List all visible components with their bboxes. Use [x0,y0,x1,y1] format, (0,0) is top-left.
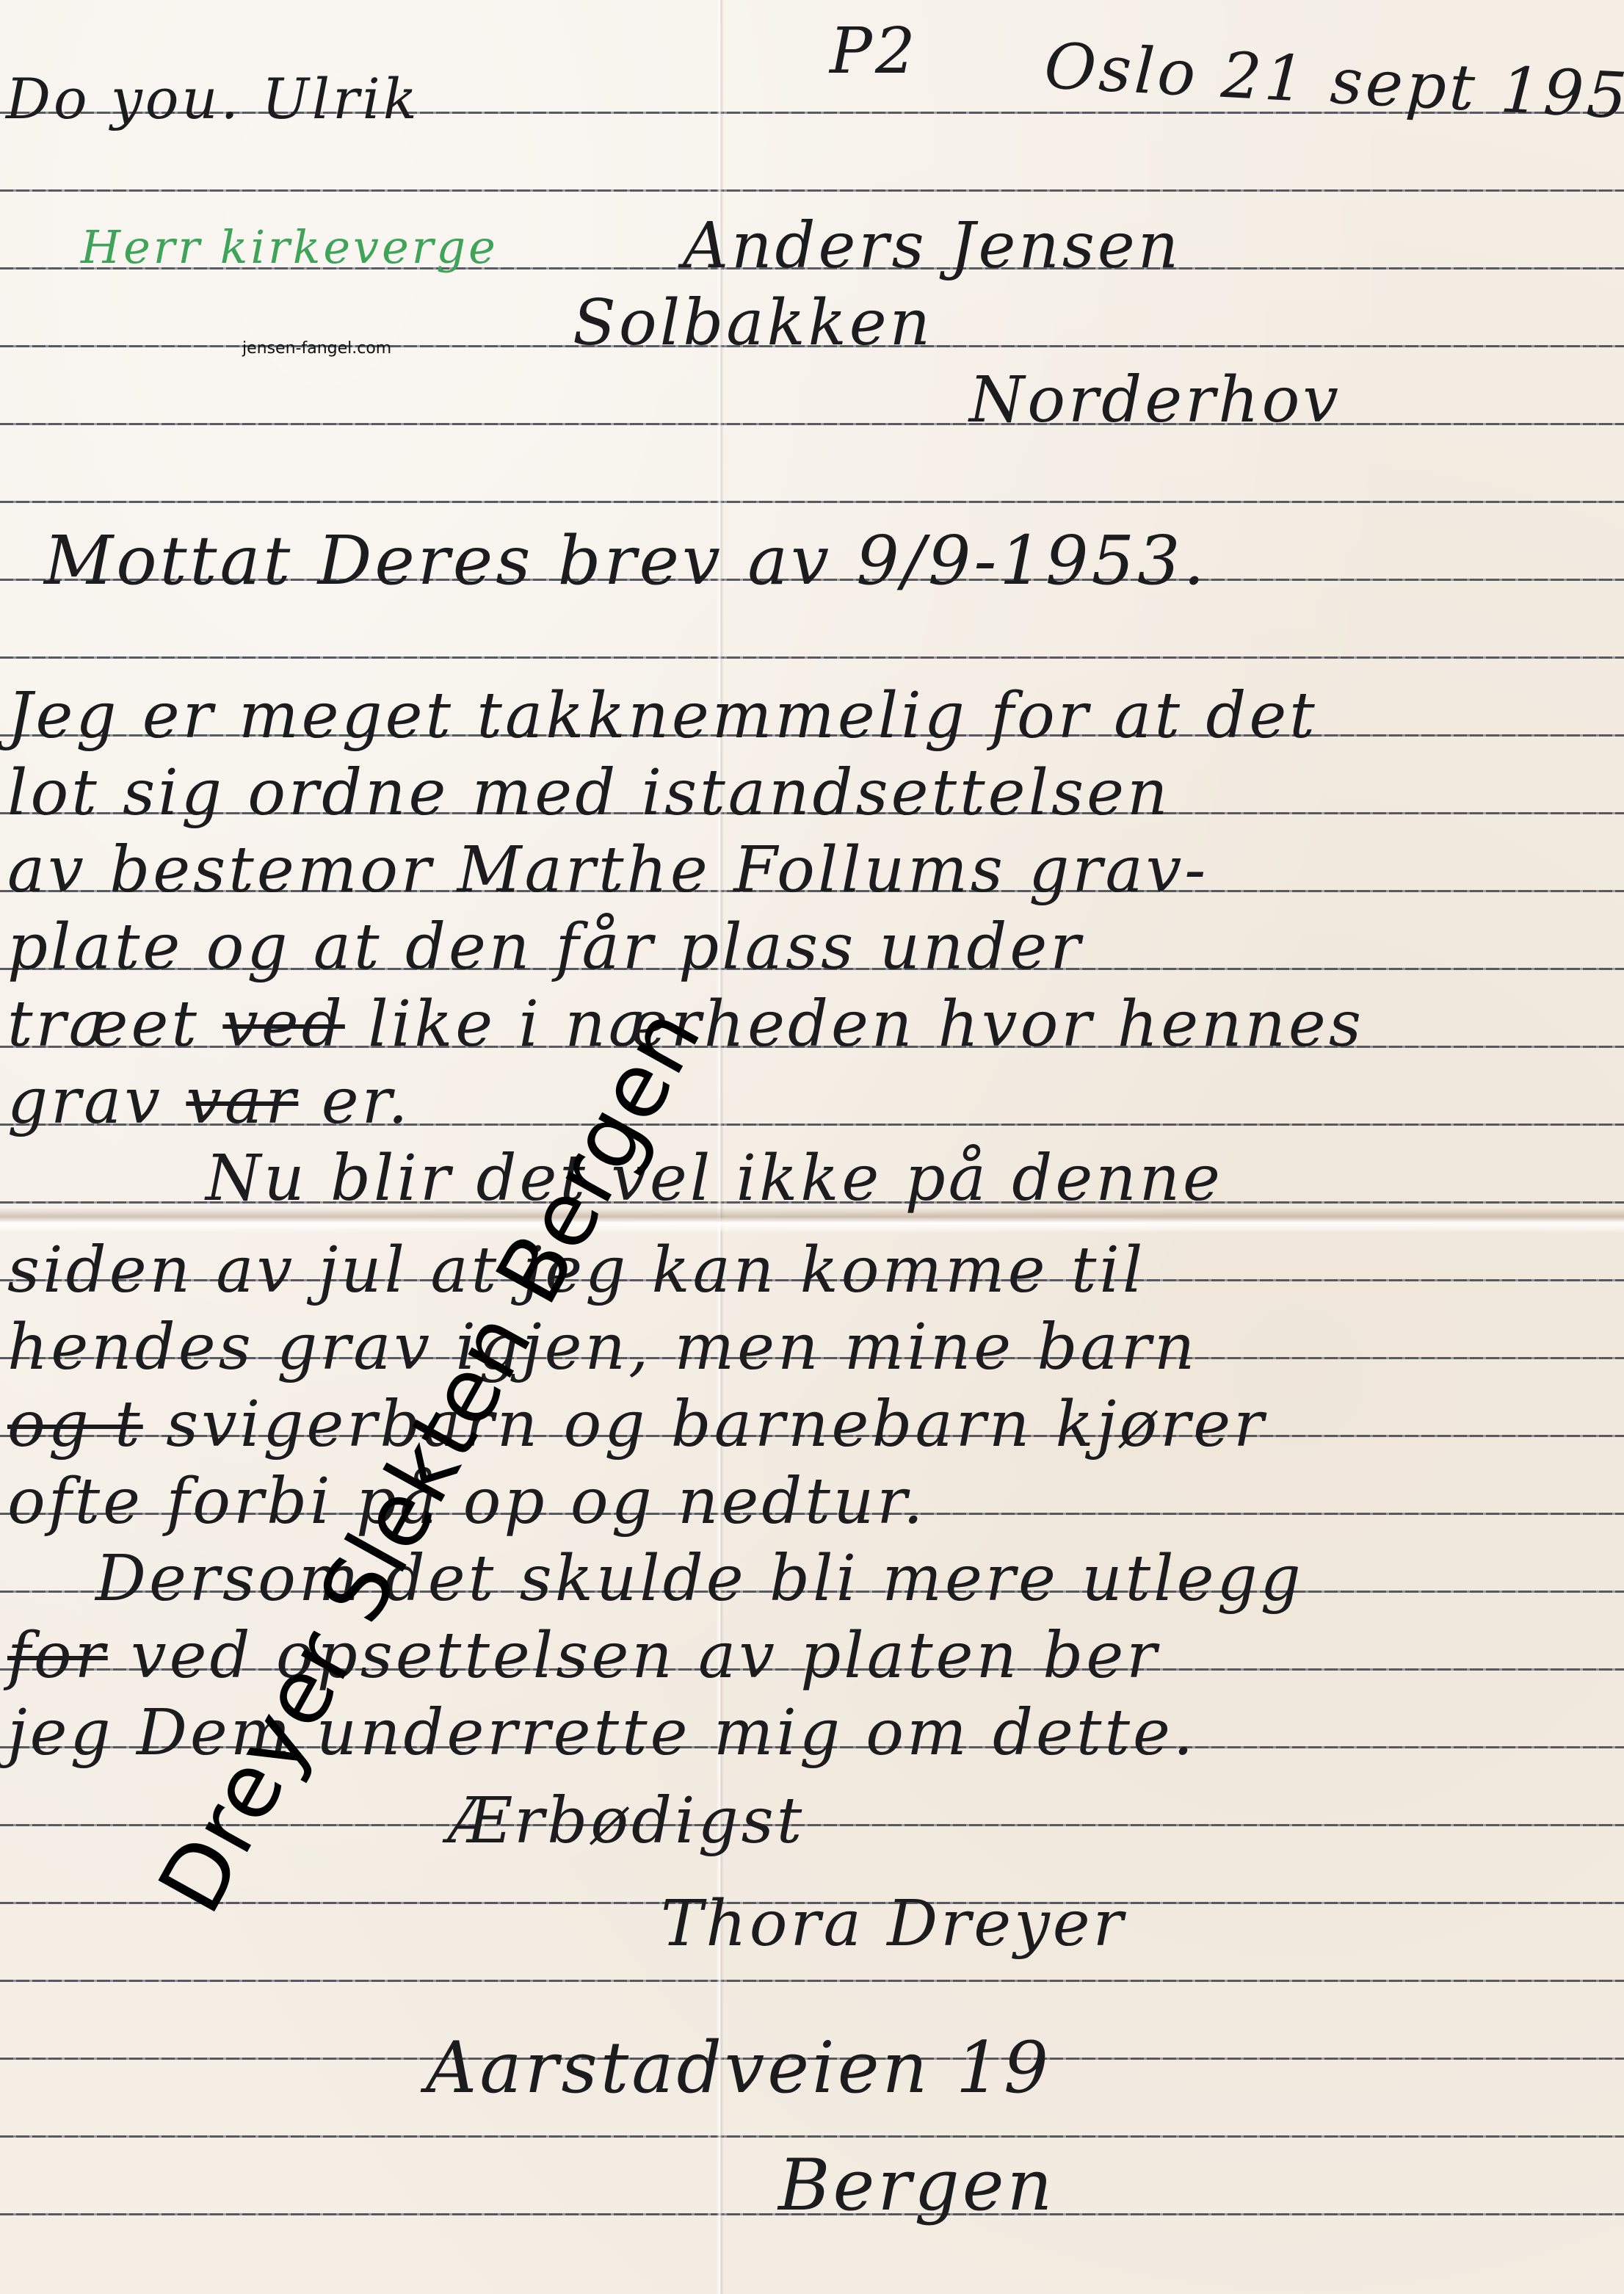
body-word: træet [7,988,200,1061]
address-city: Bergen [778,2144,1055,2226]
body-line-1: Jeg er meget takknemmelig for at det [7,679,1318,753]
body-line-9: hendes grav igjen, men mine barn [7,1311,1197,1384]
recipient-parish: Norderhov [969,363,1341,437]
body-line-12: Dersom det skulde bli mere utlegg [95,1542,1304,1615]
ruled-line [0,656,1624,659]
page-marker: P2 [830,15,918,88]
body-word: like i nærheden hvor hennes [368,988,1364,1061]
recipient-farm: Solbakken [573,286,933,360]
struck-word: og t [7,1388,143,1461]
body-line-13: for ved opsettelsen av platen ber [7,1619,1159,1693]
body-line-14: jeg Dem underrette mig om dette. [7,1696,1196,1770]
site-watermark: jensen-fangel.com [242,339,391,358]
closing: Ærbødigst [448,1784,805,1858]
ruled-line [0,501,1624,503]
body-line-3: av bestemor Marthe Follums grav- [7,833,1208,907]
ruled-line [0,189,1624,192]
body-line-2: lot sig ordne med istandsettelsen [7,756,1170,830]
reference-line: Mottat Deres brev av 9/9-1953. [44,521,1208,600]
body-line-4: plate og at den får plass under [7,911,1083,984]
recipient-name: Anders Jensen [683,209,1181,283]
body-line-10: og t svigerbarn og barnebarn kjører [7,1388,1266,1461]
struck-word: ved [222,988,345,1061]
body-word: er. [322,1065,411,1138]
body-word: svigerbarn og barnebarn kjører [166,1388,1266,1461]
ruled-line [0,423,1624,425]
struck-word: var [186,1065,298,1138]
struck-word: for [7,1619,108,1693]
header-note: Do you. Ulrik [6,66,420,131]
body-word: grav [7,1065,163,1138]
address-street: Aarstadveien 19 [426,2027,1051,2109]
body-line-6: grav var er. [7,1065,411,1138]
recipient-title: Herr kirkeverge [81,220,499,274]
ruled-line [0,1980,1624,1982]
body-line-7: Nu blir det vel ikke på denne [206,1142,1223,1215]
ruled-line [0,2135,1624,2138]
signature: Thora Dreyer [661,1887,1126,1961]
